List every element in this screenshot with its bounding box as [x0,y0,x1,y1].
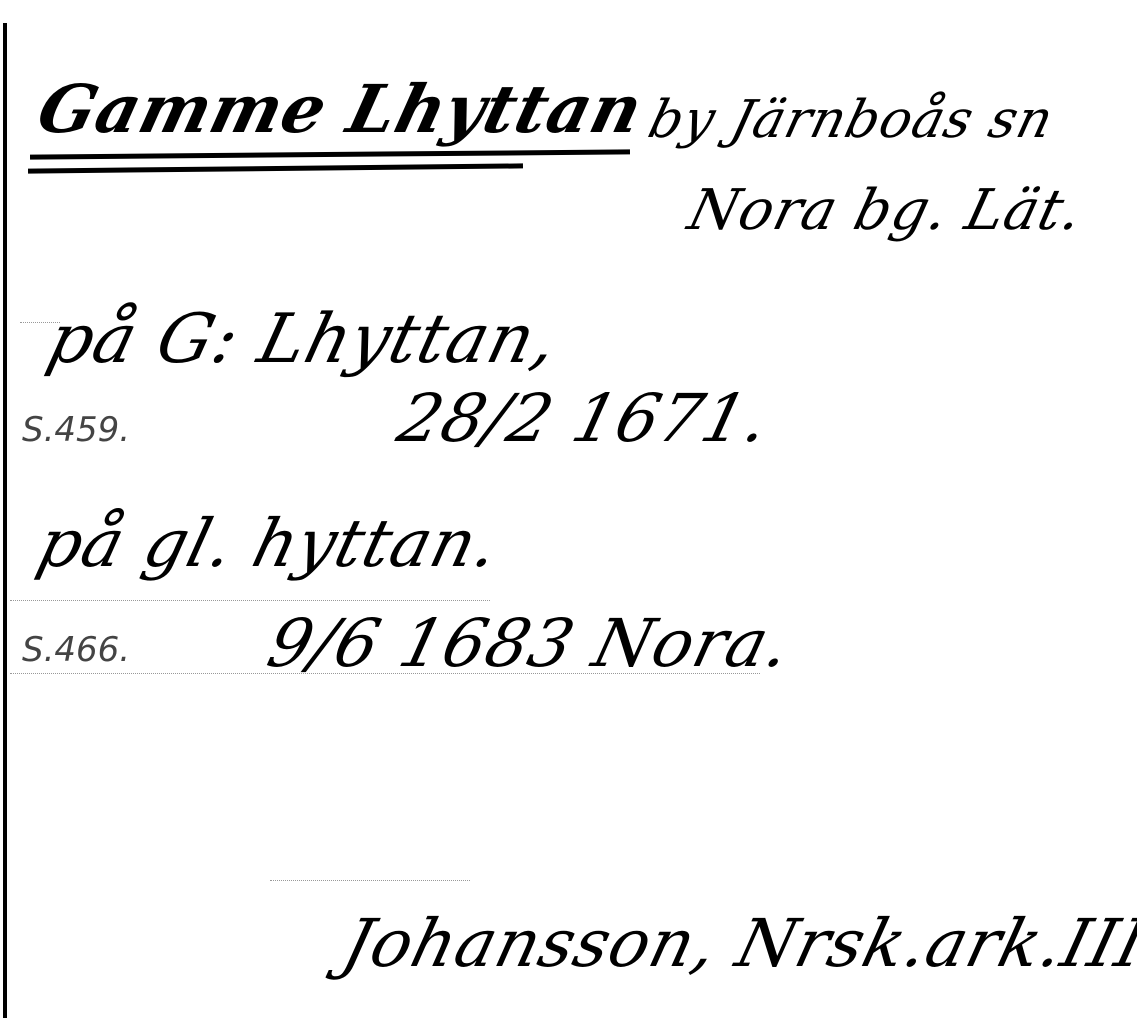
ruled-line [10,600,490,601]
archivist-signature: Johansson, Nrsk.ark.III. [335,905,1137,982]
card-title: Gamme Lhyttan [30,70,651,148]
entry-2-date: 9/6 1683 Nora. [260,605,799,682]
entry-1-page-ref: S.459. [22,410,130,450]
title-underline [28,163,523,173]
entry-1-place: på G: Lhyttan, [40,300,566,379]
entry-2-place: på gl. hyttan. [30,505,507,582]
ruled-line [270,880,470,881]
title-underline [30,149,630,159]
entry-2-page-ref: S.466. [22,630,130,670]
location-line-1: by Järnboås sn [643,90,1060,150]
archive-card: Gamme Lhyttan by Järnboås sn Nora bg. Lä… [0,0,1137,1018]
entry-1-date: 28/2 1671. [390,380,777,457]
left-margin-rule [3,23,7,1018]
location-line-2: Nora bg. Lät. [682,178,1090,243]
